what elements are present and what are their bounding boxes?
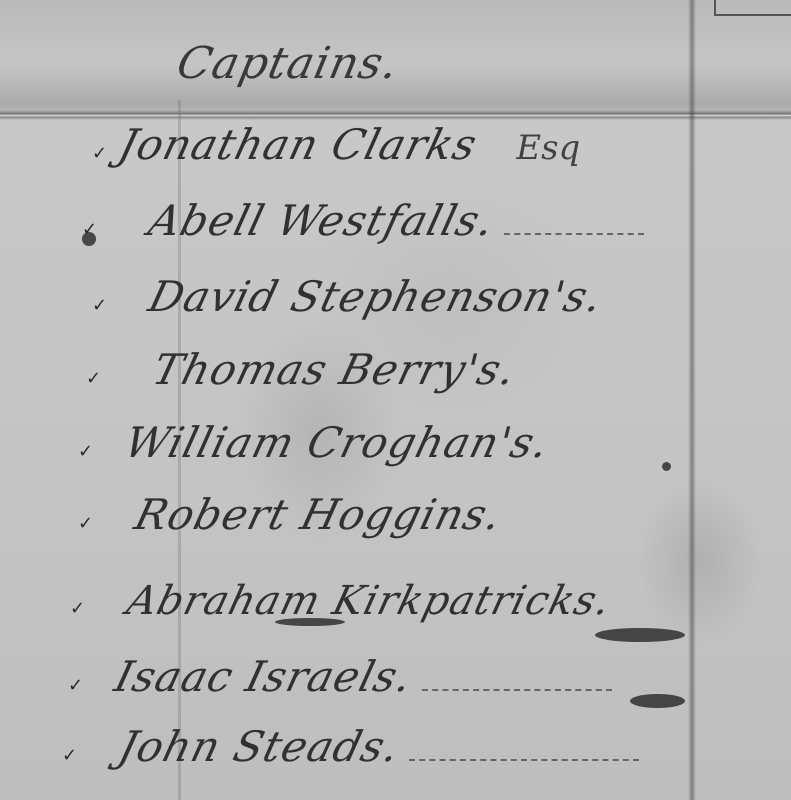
- check-mark-icon: ✓: [92, 295, 120, 316]
- dotted-leader: [422, 687, 612, 691]
- manuscript-page: Captains. ✓ Jonathan Clarks Esq ✓ Abell …: [0, 0, 791, 800]
- list-item: ✓ Abell Westfalls.: [82, 196, 644, 245]
- ink-blot: [595, 628, 685, 642]
- page-title: Captains.: [173, 38, 404, 89]
- captain-name: William Croghan's.: [120, 418, 555, 467]
- captain-name: Abell Westfalls.: [144, 196, 500, 245]
- captain-name: Abraham Kirkpatricks.: [122, 578, 616, 624]
- check-mark-icon: ✓: [68, 675, 96, 696]
- check-mark-icon: ✓: [70, 598, 98, 619]
- captain-name: Robert Hoggins.: [130, 490, 507, 539]
- list-item: ✓ David Stephenson's.: [92, 272, 602, 321]
- ink-blot: [630, 694, 685, 708]
- captain-name: John Steads.: [114, 722, 405, 771]
- captain-name: Thomas Berry's.: [148, 345, 521, 394]
- check-mark-icon: ✓: [86, 368, 114, 389]
- check-mark-icon: ✓: [82, 219, 110, 240]
- ink-blot: [662, 462, 671, 471]
- dotted-leader: [504, 231, 644, 235]
- horizontal-fold-crease: [0, 110, 791, 120]
- list-item: ✓ Isaac Israels.: [68, 652, 612, 701]
- list-item: ✓ Robert Hoggins.: [78, 490, 501, 539]
- dotted-leader: [409, 757, 639, 761]
- captain-name: David Stephenson's.: [144, 272, 608, 321]
- captain-name: Isaac Israels.: [110, 652, 418, 701]
- check-mark-icon: ✓: [62, 745, 90, 766]
- ruled-box-corner: [714, 0, 791, 16]
- name-suffix: Esq: [516, 128, 580, 168]
- list-item: ✓ Abraham Kirkpatricks.: [70, 578, 610, 624]
- captain-name: Jonathan Clarks: [114, 120, 482, 169]
- check-mark-icon: ✓: [78, 513, 106, 534]
- check-mark-icon: ✓: [78, 441, 106, 462]
- list-item: ✓ William Croghan's.: [78, 418, 548, 467]
- vertical-fold-crease: [688, 0, 696, 800]
- list-item: ✓ Jonathan Clarks Esq: [92, 120, 580, 169]
- list-item: ✓ Thomas Berry's.: [86, 345, 515, 394]
- list-item: ✓ John Steads.: [62, 722, 639, 771]
